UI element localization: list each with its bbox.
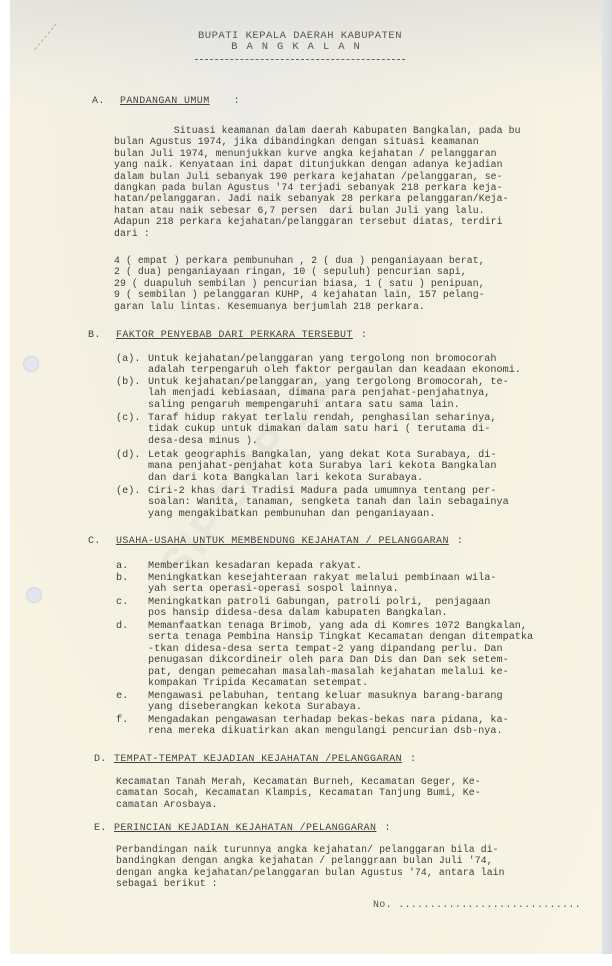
continuation-marker: No. ............................. [373,900,581,911]
section-a-breakdown: 4 ( empat ) perkara pembunuhan , 2 ( dua… [114,255,485,312]
section-title: FAKTOR PENYEBAB DARI PERKARA TERSEBUT [116,330,353,341]
section-title: PANDANGAN UMUM [120,96,210,107]
letterhead-rule [195,59,405,60]
section-letter: C. [88,536,116,547]
section-b-heading: B.FAKTOR PENYEBAB DARI PERKARA TERSEBUT: [88,330,367,341]
section-a-paragraph: Situasi keamanan dalam daerah Kabupaten … [114,125,521,239]
list-item: (e). Ciri-2 khas dari Tradisi Madura pad… [116,486,140,532]
letterhead: BUPATI KEPALA DAERAH KABUPATEN BANGKALAN [150,30,450,60]
section-a-heading: A.PANDANGAN UMUM: [92,96,240,107]
list-item: d. Memanfaatkan tenaga Brimob, yang ada … [116,621,140,667]
section-letter: E. [94,823,114,834]
document: BUPATI KEPALA DAERAH KABUPATEN BANGKALAN… [0,0,612,966]
section-title: USAHA-USAHA UNTUK MEMBENDUNG KEJAHATAN /… [116,536,449,547]
section-c-heading: C.USAHA-USAHA UNTUK MEMBENDUNG KEJAHATAN… [88,536,463,547]
section-letter: B. [88,330,116,341]
letterhead-line2: BANGKALAN [150,41,450,53]
section-d-paragraph: Kecamatan Tanah Merah, Kecamatan Burneh,… [116,776,481,810]
section-letter: D. [94,754,114,765]
section-title: PERINCIAN KEJADIAN KEJAHATAN /PELANGGARA… [114,823,376,834]
section-e-paragraph: Perbandingan naik turunnya angka kejahat… [116,844,505,890]
section-title: TEMPAT-TEMPAT KEJADIAN KEJAHATAN /PELANG… [114,754,402,765]
section-d-heading: D.TEMPAT-TEMPAT KEJADIAN KEJAHATAN /PELA… [94,754,416,765]
section-e-heading: E.PERINCIAN KEJADIAN KEJAHATAN /PELANGGA… [94,823,391,834]
section-letter: A. [92,96,120,107]
